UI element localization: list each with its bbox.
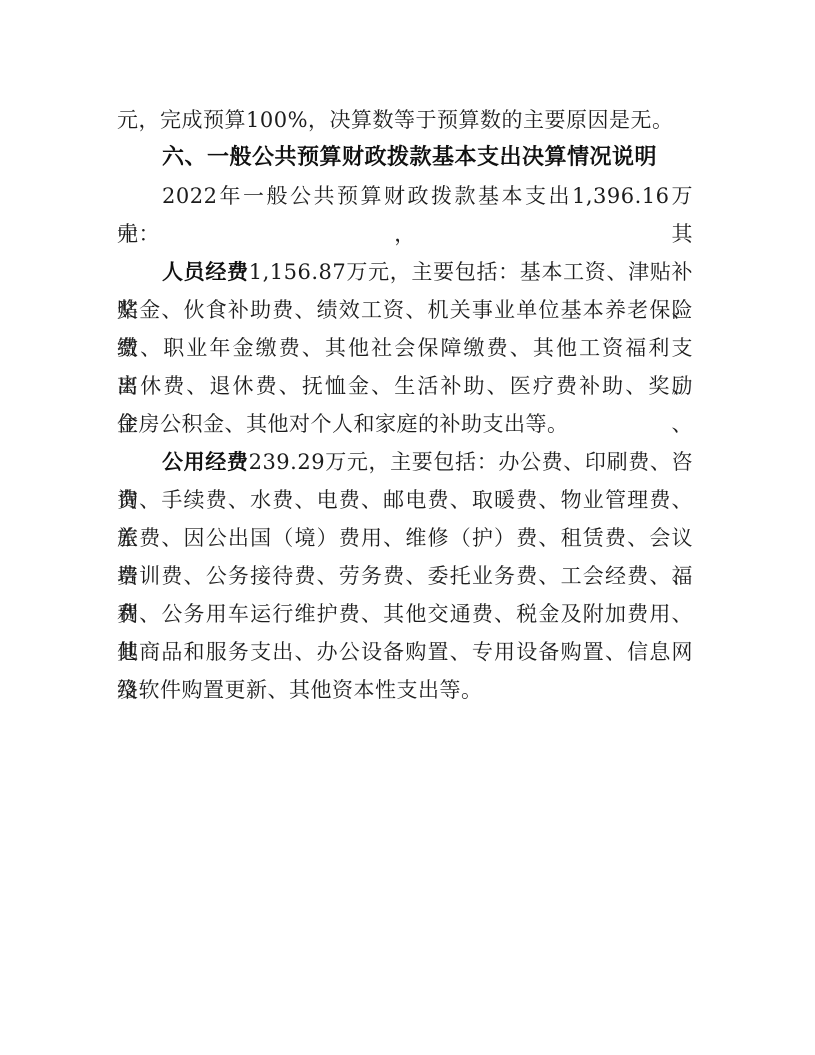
document-page: 元，完成预算100%，决算数等于预算数的主要原因是无。六、一般公共预算财政拨款基… <box>0 0 815 1055</box>
text-line: 公用经费239.29万元，主要包括：办公费、印刷费、咨询 <box>117 443 693 481</box>
text-line: 元，完成预算100%，决算数等于预算数的主要原因是无。 <box>117 101 693 139</box>
text-line: 2022年一般公共预算财政拨款基本支出1,396.16万元，其 <box>117 177 693 215</box>
text-line: 他商品和服务支出、办公设备购置、专用设备购置、信息网络 <box>117 633 693 671</box>
text-line: 奖金、伙食补助费、绩效工资、机关事业单位基本养老保险缴 <box>117 291 693 329</box>
text-line: 费、职业年金缴费、其他社会保障缴费、其他工资福利支出、 <box>117 329 693 367</box>
text-line: 及软件购置更新、其他资本性支出等。 <box>117 671 693 709</box>
text-line: 旅费、因公出国（境）费用、维修（护）费、租赁费、会议费、 <box>117 519 693 557</box>
section-heading: 六、一般公共预算财政拨款基本支出决算情况说明 <box>117 139 693 177</box>
text-line: 培训费、公务接待费、劳务费、委托业务费、工会经费、福利 <box>117 557 693 595</box>
text-block: 元，完成预算100%，决算数等于预算数的主要原因是无。六、一般公共预算财政拨款基… <box>117 101 693 709</box>
text-line: 离休费、退休费、抚恤金、生活补助、医疗费补助、奖励金、 <box>117 367 693 405</box>
bold-term: 公用经费 <box>162 450 249 474</box>
text-line: 人员经费1,156.87万元，主要包括：基本工资、津贴补贴、 <box>117 253 693 291</box>
bold-term: 人员经费 <box>162 260 249 284</box>
text-line: 费、手续费、水费、电费、邮电费、取暖费、物业管理费、差 <box>117 481 693 519</box>
text-line: 费、公务用车运行维护费、其他交通费、税金及附加费用、其 <box>117 595 693 633</box>
